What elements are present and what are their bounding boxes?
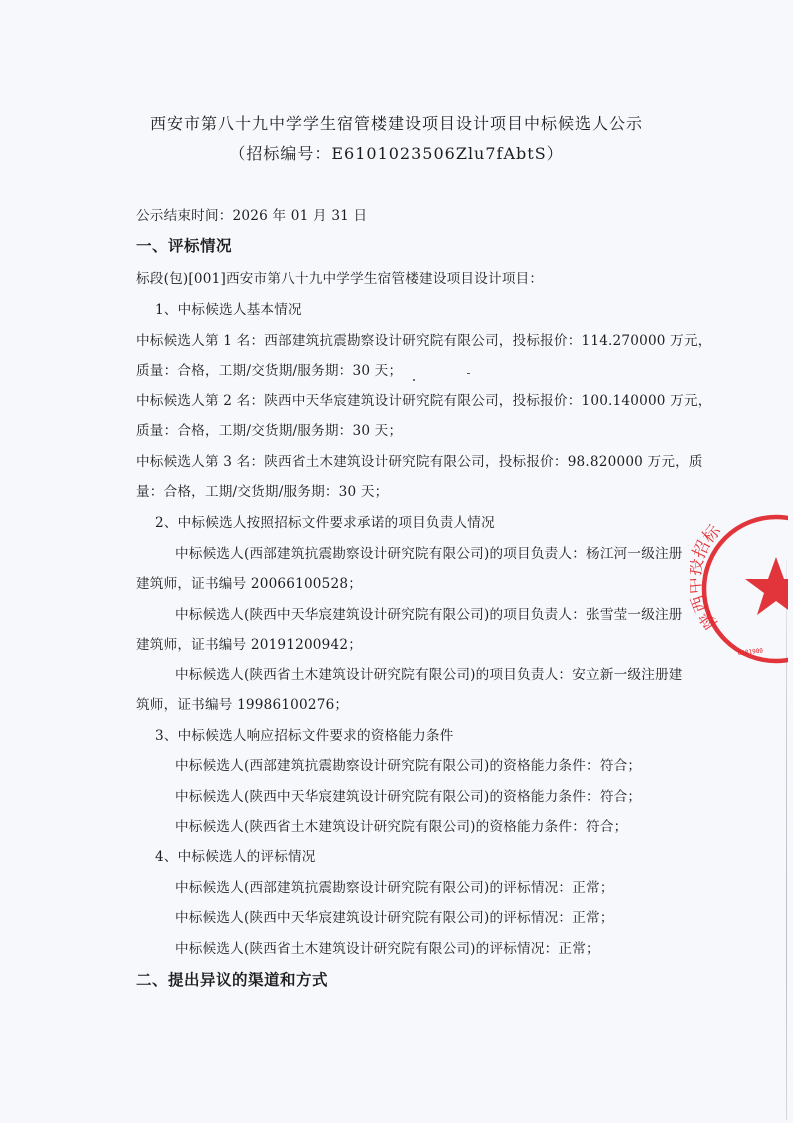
scan-speck [467, 373, 470, 374]
svg-text:陕西中投招标: 陕西中投招标 [690, 521, 726, 633]
leader-3-line1: 中标候选人(陕西省土木建筑设计研究院有限公司)的项目负责人：安立新一级注册建 [175, 666, 660, 684]
qualification-2: 中标候选人(陕西中天华宸建筑设计研究院有限公司)的资格能力条件：符合； [175, 788, 641, 806]
official-seal-stamp: 陕西中投招标 6101900 [690, 505, 793, 675]
announcement-end-time: 公示结束时间：2026 年 01 月 31 日 [136, 207, 367, 225]
qualification-3: 中标候选人(陕西省土木建筑设计研究院有限公司)的资格能力条件：符合； [175, 818, 627, 836]
candidate-2-line1: 中标候选人第 2 名：陕西中天华宸建筑设计研究院有限公司，投标报价：100.14… [136, 392, 660, 410]
page-edge-mask [788, 500, 793, 680]
leader-1-line1: 中标候选人(西部建筑抗震勘察设计研究院有限公司)的项目负责人：杨江河一级注册 [175, 545, 660, 563]
candidate-2-line2: 质量：合格，工期/交货期/服务期：30 天； [136, 422, 402, 440]
evaluation-status-2: 中标候选人(陕西中天华宸建筑设计研究院有限公司)的评标情况：正常； [175, 909, 614, 927]
leader-2-line1: 中标候选人(陕西中天华宸建筑设计研究院有限公司)的项目负责人：张雪莹一级注册 [175, 606, 660, 624]
stamp-number: 6101900 [737, 647, 763, 657]
candidate-1-line1: 中标候选人第 1 名：西部建筑抗震勘察设计研究院有限公司，投标报价：114.27… [136, 332, 660, 350]
subheading-basic-info: 1、中标候选人基本情况 [155, 301, 302, 319]
candidate-3-line2: 量：合格，工期/交货期/服务期：30 天； [136, 483, 388, 501]
candidate-3-line1: 中标候选人第 3 名：陕西省土木建筑设计研究院有限公司，投标报价：98.8200… [136, 453, 660, 471]
section-heading-objection: 二、提出异议的渠道和方式 [136, 970, 328, 990]
evaluation-status-3: 中标候选人(陕西省土木建筑设计研究院有限公司)的评标情况：正常； [175, 940, 600, 958]
leader-1-line2: 建筑师，证书编号 20066100528； [136, 575, 362, 593]
document-page: 西安市第八十九中学学生宿管楼建设项目设计项目中标候选人公示 （招标编号：E610… [0, 0, 793, 1123]
star-icon [745, 557, 793, 615]
subheading-project-leader: 2、中标候选人按照招标文件要求承诺的项目负责人情况 [155, 514, 495, 532]
candidate-1-line2: 质量：合格，工期/交货期/服务期：30 天； [136, 362, 402, 380]
leader-3-line2: 筑师，证书编号 19986100276； [136, 696, 348, 714]
lot-description: 标段(包)[001]西安市第八十九中学学生宿管楼建设项目设计项目： [136, 270, 543, 288]
section-heading-evaluation: 一、评标情况 [136, 236, 232, 256]
document-title: 西安市第八十九中学学生宿管楼建设项目设计项目中标候选人公示 [0, 113, 793, 135]
scan-speck [413, 379, 415, 381]
qualification-1: 中标候选人(西部建筑抗震勘察设计研究院有限公司)的资格能力条件：符合； [175, 757, 641, 775]
leader-2-line2: 建筑师，证书编号 20191200942； [136, 636, 362, 654]
evaluation-status-1: 中标候选人(西部建筑抗震勘察设计研究院有限公司)的评标情况：正常； [175, 879, 614, 897]
subheading-qualification: 3、中标候选人响应招标文件要求的资格能力条件 [155, 727, 454, 745]
stamp-text: 陕西中投招标 [690, 521, 726, 633]
tender-number: （招标编号：E6101023506Zlu7fAbtS） [0, 143, 793, 165]
subheading-evaluation-status: 4、中标候选人的评标情况 [155, 848, 316, 866]
